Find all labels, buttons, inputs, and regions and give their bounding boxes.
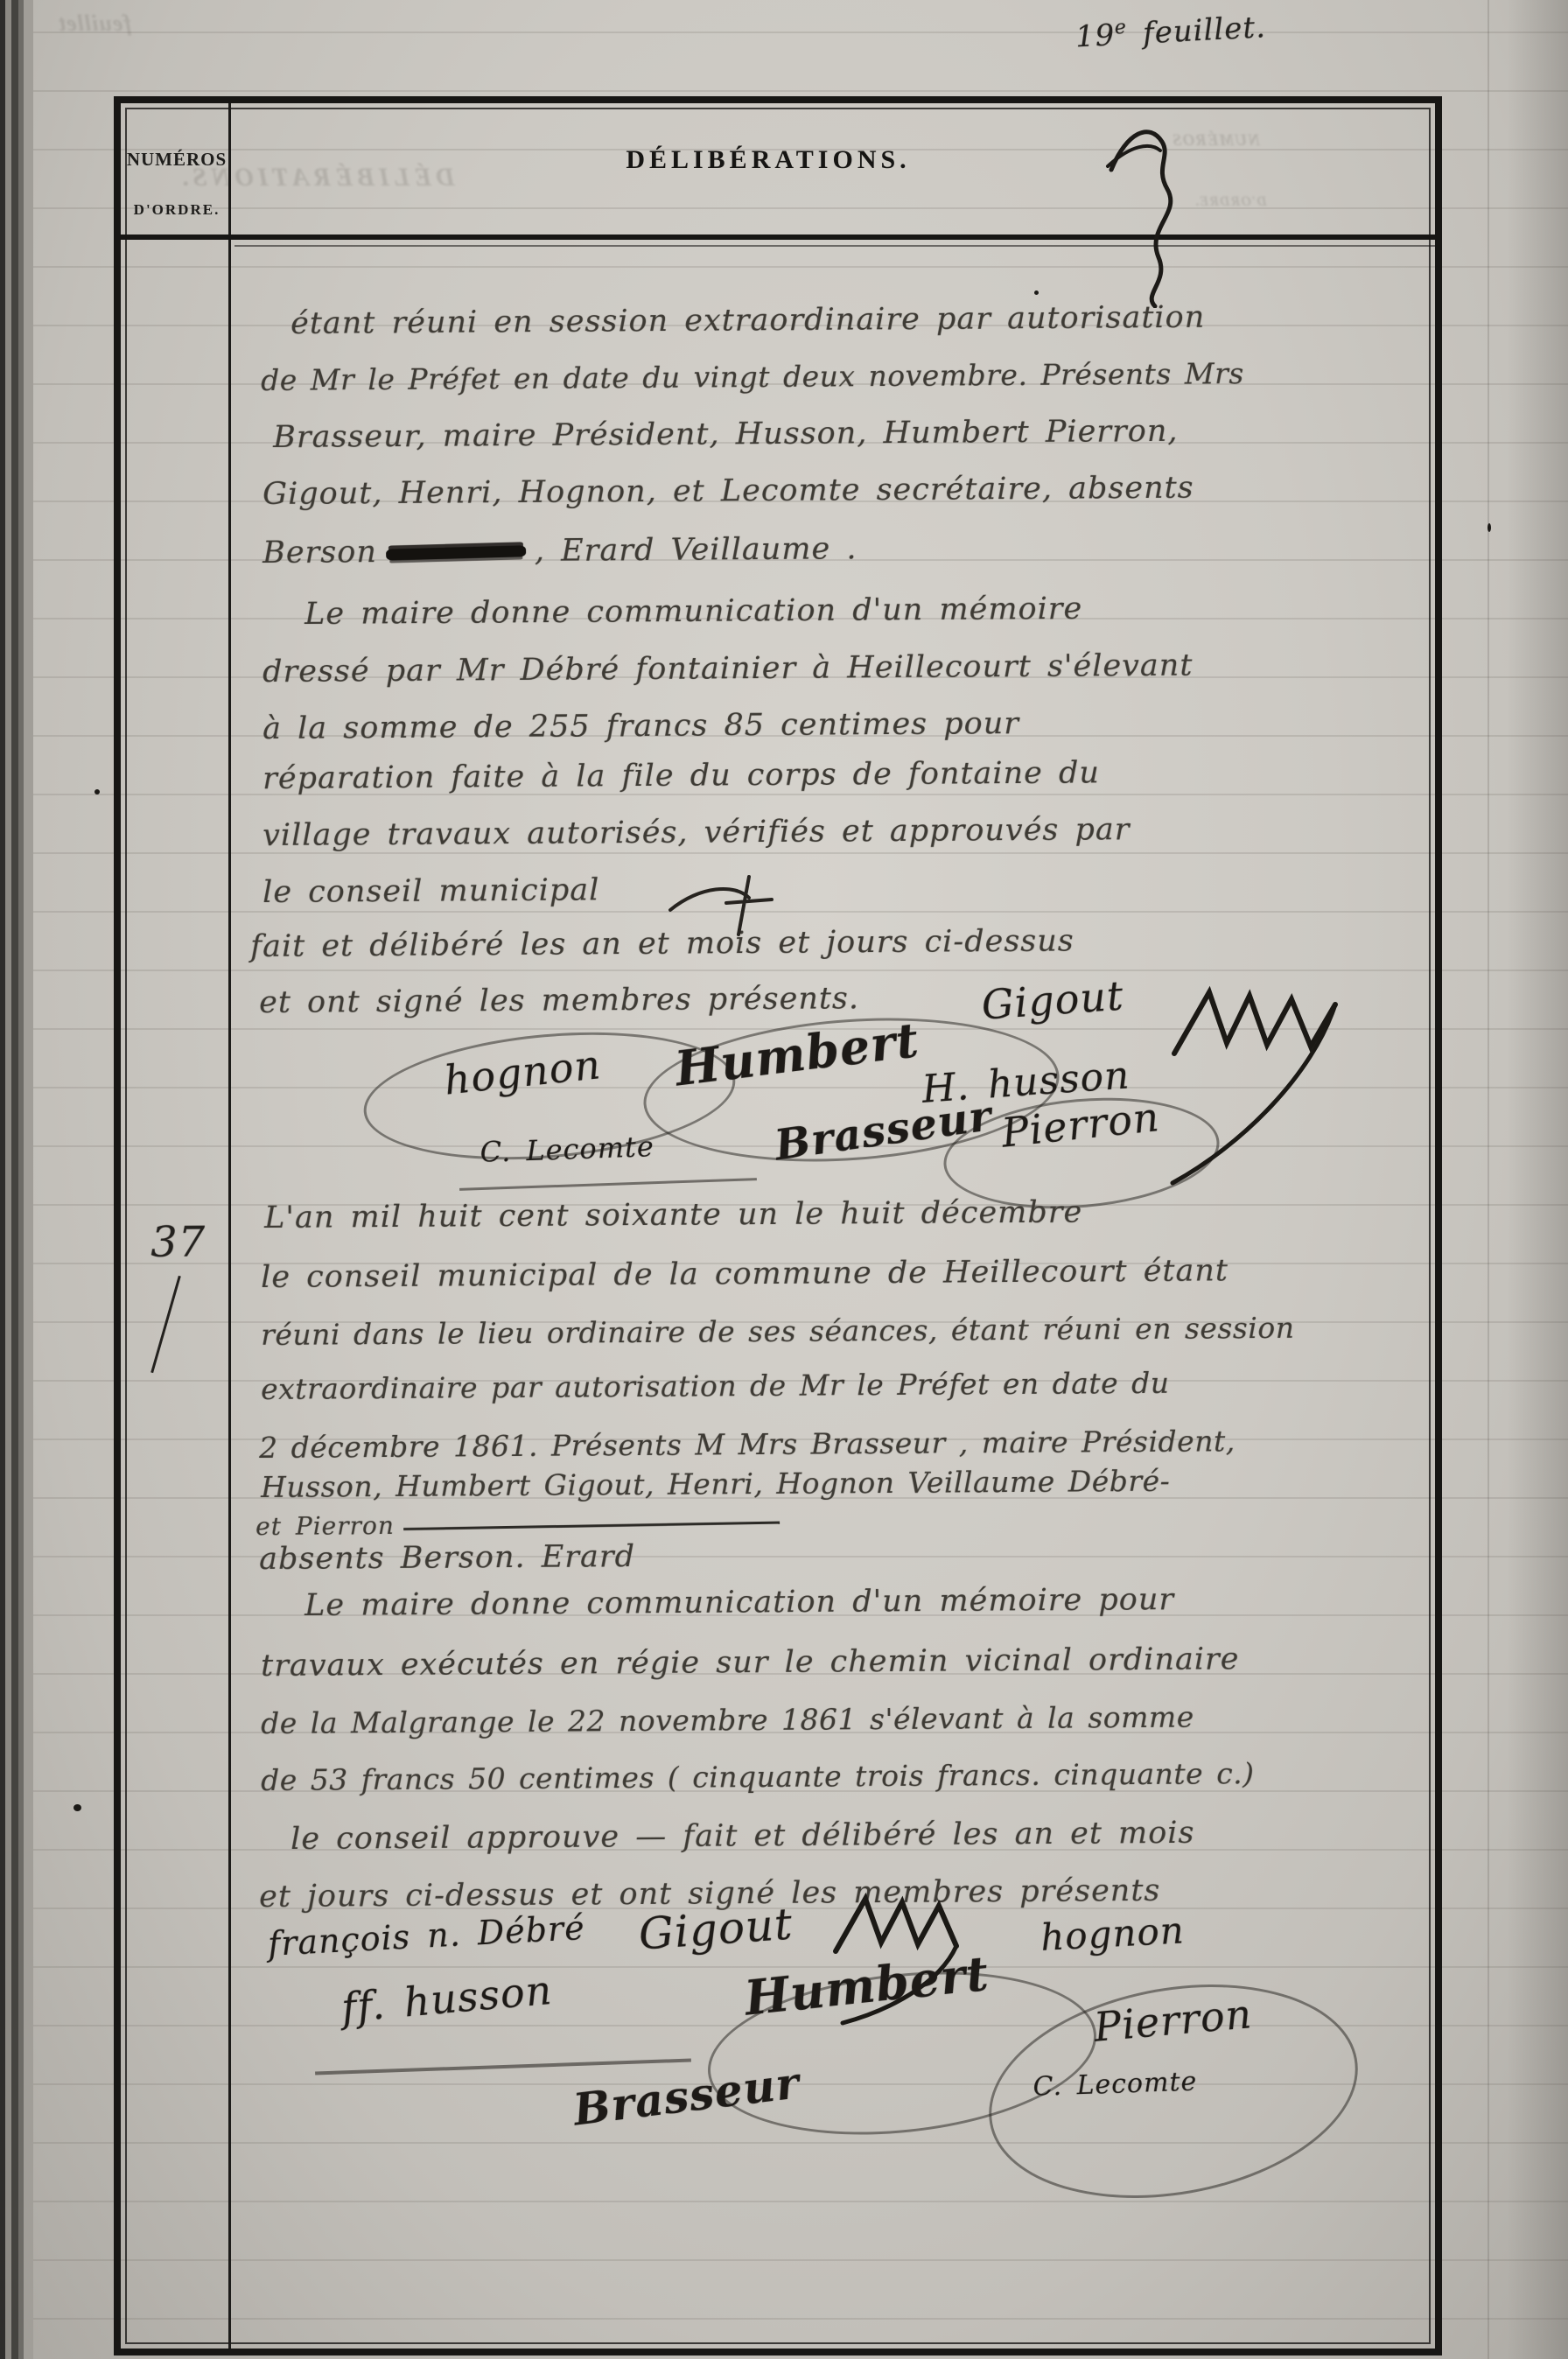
- paraph-zigzag: [1174, 992, 1335, 1053]
- manuscript-line: de la Malgrange le 22 novembre 1861 s'él…: [261, 1700, 1194, 1740]
- manuscript-line: et ont signé les membres présents.: [259, 981, 859, 1020]
- numeros-column-label: NUMÉROS: [126, 149, 227, 171]
- manuscript-line: Gigout, Henri, Hognon, et Lecomte secrét…: [262, 471, 1194, 512]
- manuscript-line: absents Berson. Erard: [259, 1539, 635, 1577]
- manuscript-line: village travaux autorisés, vérifiés et a…: [262, 812, 1130, 853]
- paraph-flourish: [1104, 115, 1262, 308]
- register-page-scan: { "folio": {"num": "19", "exp": "e", "wo…: [0, 0, 1568, 2359]
- inserted-line: et Pierron: [255, 1508, 780, 1541]
- right-page-shade: [1507, 0, 1568, 2359]
- folio-number: 19: [1074, 17, 1116, 54]
- flourish-mark: [665, 868, 779, 938]
- signature-lecomte-2: C. Lecomte: [1032, 2066, 1198, 2103]
- manuscript-line: dressé par Mr Débré fontainier à Heillec…: [262, 648, 1193, 689]
- manuscript-line: Brasseur, maire Président, Husson, Humbe…: [273, 414, 1179, 455]
- manuscript-line: le conseil approuve — fait et délibéré l…: [290, 1816, 1195, 1857]
- manuscript-line: fait et délibéré les an et mois et jours…: [250, 923, 1074, 964]
- manuscript-line: Husson, Humbert Gigout, Henri, Hognon Ve…: [261, 1464, 1170, 1504]
- manuscript-line: Le maire donne communication d'un mémoir…: [304, 1582, 1174, 1623]
- manuscript-line: à la somme de 255 francs 85 centimes pou…: [262, 706, 1019, 746]
- manuscript-line: Le maire donne communication d'un mémoir…: [304, 591, 1082, 632]
- ink-speck: [1487, 523, 1491, 532]
- berson-rest: , Erard Veillaume .: [535, 531, 857, 569]
- dordre-column-label: D'ORDRE.: [126, 201, 227, 219]
- page-crease: [1487, 0, 1489, 2359]
- manuscript-line: étant réuni en session extraordinaire pa…: [290, 300, 1205, 341]
- manuscript-line: le conseil municipal de la commune de He…: [261, 1253, 1228, 1295]
- ink-speck: [73, 1804, 81, 1811]
- folio-exponent: e: [1114, 17, 1127, 39]
- numbers-column-divider: [228, 103, 231, 2348]
- left-binding-edge: [0, 0, 33, 2359]
- manuscript-line: Berson, Erard Veillaume .: [262, 531, 857, 570]
- signature-hognon-2: hognon: [1039, 1908, 1186, 1959]
- bleed-top-left-text: feuillet: [59, 10, 131, 37]
- inserted-text: et Pierron: [255, 1511, 395, 1541]
- scribbled-out-word: [386, 545, 526, 560]
- ink-speck: [1034, 290, 1039, 295]
- berson-name: Berson: [262, 535, 377, 570]
- folio-word: feuillet.: [1142, 10, 1267, 51]
- manuscript-line: extraordinaire par autorisation de Mr le…: [261, 1366, 1170, 1406]
- manuscript-line: 2 décembre 1861. Présents M Mrs Brasseur…: [259, 1424, 1235, 1465]
- margin-entry-number: 37: [150, 1218, 206, 1267]
- paraph-tail: [1172, 1004, 1335, 1183]
- manuscript-line: de 53 francs 50 centimes ( cinquante tro…: [261, 1756, 1255, 1797]
- manuscript-line: le conseil municipal: [262, 872, 599, 910]
- signature-lecomte: C. Lecomte: [479, 1130, 654, 1169]
- deliberations-title: DÉLIBÉRATIONS.: [532, 145, 1004, 175]
- signature-gigout-2: Gigout: [637, 1899, 794, 1960]
- manuscript-line: de Mr le Préfet en date du vingt deux no…: [261, 356, 1244, 397]
- manuscript-line: réparation faite à la file du corps de f…: [262, 755, 1100, 796]
- flourish-stroke: [670, 877, 772, 934]
- manuscript-line: L'an mil huit cent soixante un le huit d…: [264, 1194, 1082, 1235]
- ink-speck: [94, 789, 100, 794]
- manuscript-line: travaux exécutés en régie sur le chemin …: [261, 1641, 1240, 1683]
- insertion-dash: [403, 1522, 780, 1531]
- paraph-zigzag-2: [836, 1899, 956, 1951]
- manuscript-line: réuni dans le lieu ordinaire de ses séan…: [261, 1311, 1295, 1352]
- signature-gigout: Gigout: [980, 972, 1125, 1029]
- signature-paraph: [1164, 969, 1426, 1188]
